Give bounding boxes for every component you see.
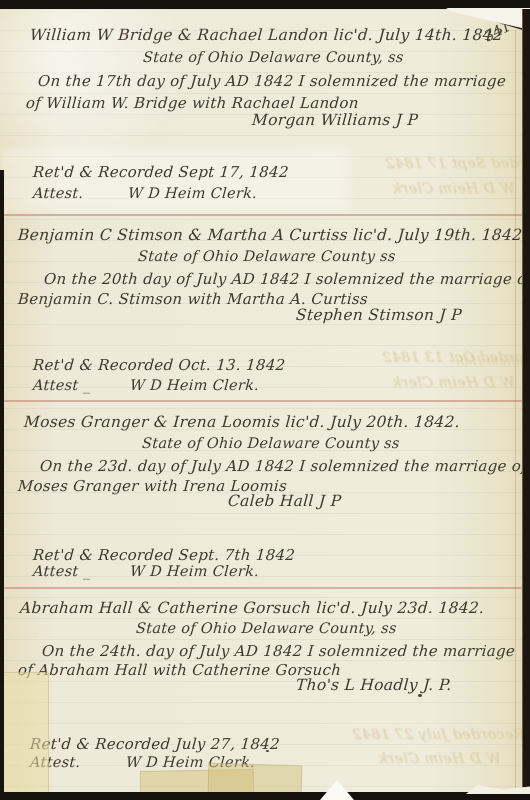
solemnization-line-2: of William W. Bridge with Rachael Landon xyxy=(25,94,359,112)
record-header: Benjamin C Stimson & Martha A Curtiss li… xyxy=(17,226,523,244)
return-recorded-line: Ret'd & Recorded Oct. 13. 1842 xyxy=(32,356,286,374)
attest-label: Attest. xyxy=(32,186,84,202)
solemnization-line-1: On the 23d. day of July AD 1842 I solemn… xyxy=(39,457,527,475)
clerk-signature: W D Heim Clerk. xyxy=(129,564,259,580)
binding-edge-top xyxy=(0,0,530,9)
clerk-signature: W D Heim Clerk. xyxy=(129,378,259,394)
return-recorded-line: Ret'd & Recorded Sept 17, 1842 xyxy=(32,163,289,181)
red-divider xyxy=(4,587,522,589)
officiant-signature: Stephen Stimson J P xyxy=(295,306,462,324)
binding-edge-right xyxy=(522,9,530,800)
binding-edge-left xyxy=(0,170,4,800)
state-county-line: State of Ohio Delaware County, ss xyxy=(135,621,397,637)
officiant-signature: Tho's L Hoadly J. P. xyxy=(295,676,452,694)
solemnization-line-1: On the 17th day of July AD 1842 I solemn… xyxy=(37,72,506,90)
officiant-signature: Morgan Williams J P xyxy=(251,111,419,129)
state-county-line: State of Ohio Delaware County, ss xyxy=(142,50,404,66)
clerk-signature: W D Heim Clerk. xyxy=(127,186,257,202)
solemnization-line-1: On the 20th day of July AD 1842 I solemn… xyxy=(43,270,530,288)
attest-label: Attest _ xyxy=(32,564,91,580)
binding-edge-bottom xyxy=(0,792,530,800)
bleed-through-text: W D Heim Clerk xyxy=(391,375,516,391)
bleed-through-text: W D Heim Clerk xyxy=(391,181,516,197)
ink-speck xyxy=(266,750,269,752)
officiant-signature: Caleb Hall J P xyxy=(227,492,342,510)
record-header: Moses Granger & Irena Loomis lic'd. July… xyxy=(23,413,460,431)
red-divider xyxy=(4,400,522,402)
solemnization-line-1: On the 24th. day of July AD 1842 I solem… xyxy=(41,642,515,660)
state-county-line: State of Ohio Delaware County ss xyxy=(137,249,396,265)
state-county-line: State of Ohio Delaware County ss xyxy=(141,436,400,452)
bleed-through-text: Recorded Sept 17 1842 xyxy=(384,156,530,172)
bleed-through-text: W D Heim Clerk xyxy=(377,751,502,767)
record-header: Abraham Hall & Catherine Gorsuch lic'd. … xyxy=(19,599,485,617)
bleed-through-text: Recorded July 27 1842 xyxy=(351,727,525,743)
bleed-through-text: Abraham Hall xyxy=(454,354,530,368)
tape-patch xyxy=(0,672,49,795)
return-recorded-line: Ret'd & Recorded Sept. 7th 1842 xyxy=(32,546,295,564)
return-recorded-line: Ret'd & Recorded July 27, 1842 xyxy=(29,735,280,753)
red-divider xyxy=(4,214,522,216)
page-crease xyxy=(515,30,516,790)
record-header: William W Bridge & Rachael Landon lic'd.… xyxy=(29,26,503,44)
solemnization-line-2: of Abraham Hall with Catherine Gorsuch xyxy=(17,661,342,679)
ink-speck xyxy=(418,694,422,697)
attest-label: Attest _ xyxy=(32,378,91,394)
